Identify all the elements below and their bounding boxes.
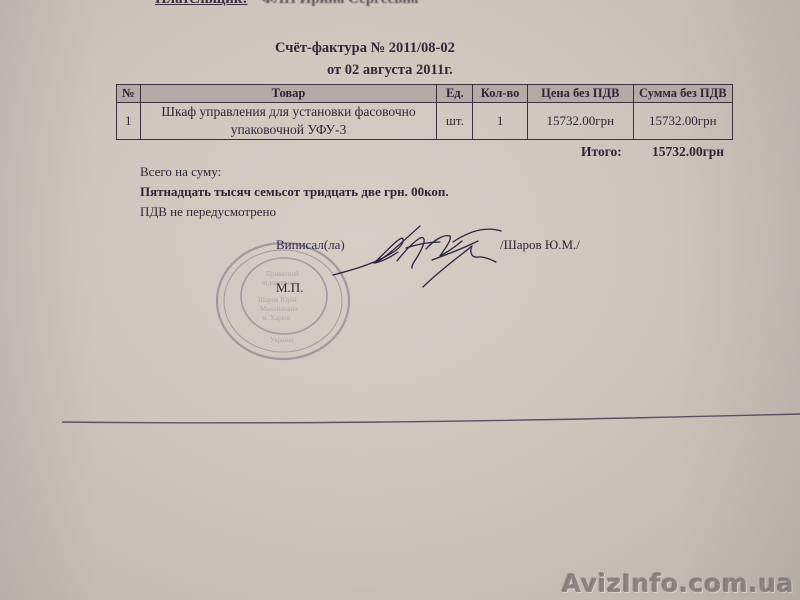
- payer-name: ФЛП Ирина Сергеевна: [261, 0, 418, 7]
- payer-label: Плательщик:: [155, 0, 248, 7]
- svg-text:Україна: Україна: [270, 336, 294, 344]
- horizontal-divider: [62, 414, 800, 423]
- vat-note: ПДВ не передусмотрено: [140, 204, 276, 220]
- total-value: 15732.00грн: [652, 144, 724, 160]
- invoice-title: Счёт-фактура № 2011/08-02: [275, 40, 455, 57]
- amount-in-words: Пятнадцать тысяч семьсот тридцать две гр…: [140, 184, 449, 200]
- svg-text:Шаров Юрій: Шаров Юрій: [258, 296, 297, 304]
- header-sum: Сумма без ПДВ: [633, 85, 732, 103]
- header-unit: Ед.: [437, 85, 473, 103]
- seal-place-label: М.П.: [276, 280, 303, 296]
- cell-quantity: 1: [473, 103, 528, 140]
- cell-unit: шт.: [437, 103, 473, 140]
- signer-name: /Шаров Ю.М./: [500, 237, 580, 253]
- svg-text:м. Харків: м. Харків: [262, 314, 291, 322]
- svg-text:Приватний: Приватний: [266, 270, 299, 278]
- table-header-row: № Товар Ед. Кол-во Цена без ПДВ Сумма бе…: [117, 85, 733, 103]
- signature-scribble: [333, 226, 501, 287]
- payer-line: Плательщик: ФЛП Ирина Сергеевна: [155, 0, 418, 8]
- cell-number: 1: [117, 103, 141, 140]
- cell-item: Шкаф управления для установки фасовочно …: [140, 103, 437, 140]
- header-item: Товар: [140, 85, 437, 103]
- cell-price: 15732.00грн: [527, 103, 633, 140]
- site-watermark: AvizInfo.com.ua: [562, 569, 794, 598]
- invoice-table: № Товар Ед. Кол-во Цена без ПДВ Сумма бе…: [116, 84, 733, 140]
- total-label: Итого:: [581, 144, 622, 160]
- item-line-2: упаковочной УФУ-3: [231, 122, 347, 137]
- table-row: 1 Шкаф управления для установки фасовочн…: [117, 103, 733, 140]
- invoice-date: от 02 августа 2011г.: [327, 62, 453, 79]
- seal-stamp: Приватний підприємець Шаров Юрій Михайло…: [217, 243, 349, 359]
- item-line-1: Шкаф управления для установки фасовочно: [161, 104, 415, 119]
- cell-sum: 15732.00грн: [633, 103, 732, 140]
- svg-text:Михайлович: Михайлович: [260, 305, 298, 313]
- signed-by-label: Виписал(ла): [276, 237, 345, 253]
- header-quantity: Кол-во: [473, 85, 528, 103]
- header-price: Цена без ПДВ: [527, 85, 633, 103]
- header-number: №: [117, 85, 141, 103]
- sum-caption: Всего на суму:: [140, 164, 221, 180]
